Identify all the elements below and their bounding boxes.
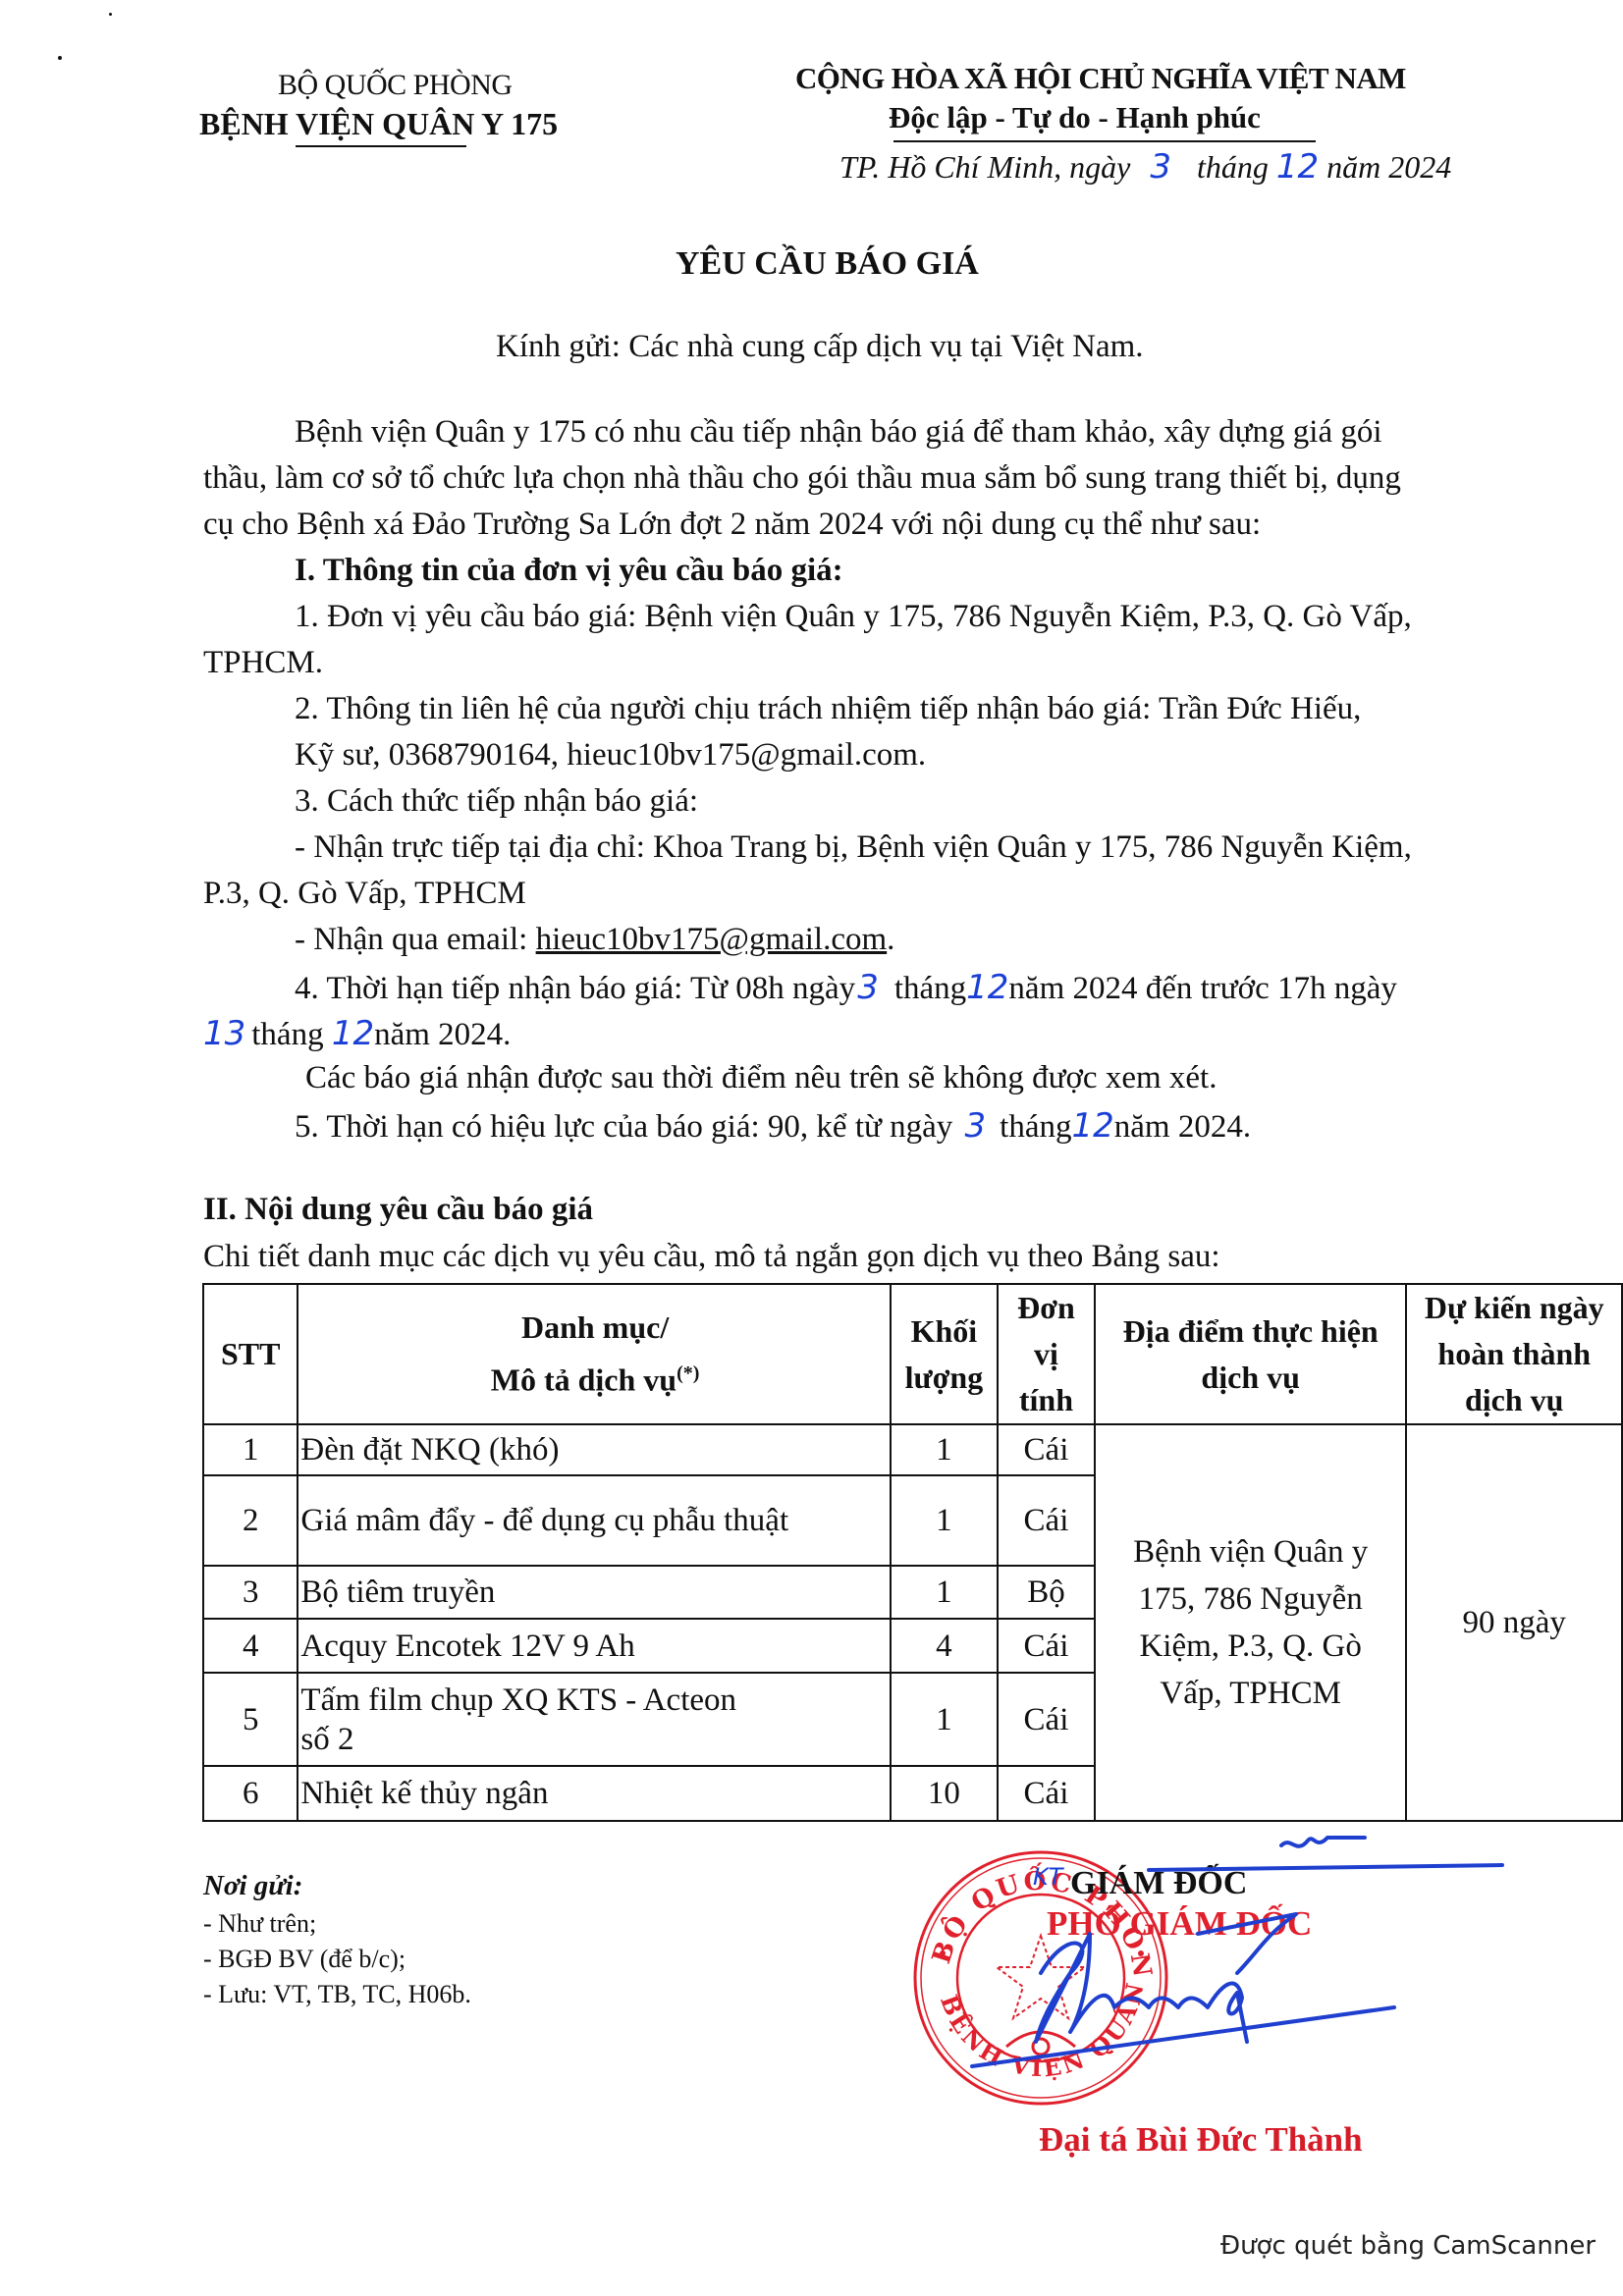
- scan-speck: [109, 13, 112, 16]
- col-header-completion-line1: Dự kiến ngày: [1407, 1285, 1621, 1331]
- cell-unit: Cái: [998, 1424, 1095, 1475]
- intro-line: Bệnh viện Quân y 175 có nhu cầu tiếp nhậ…: [295, 414, 1382, 451]
- cell-quantity: 1: [891, 1475, 998, 1566]
- recipient-item: - Lưu: VT, TB, TC, H06b.: [203, 1980, 471, 2009]
- info-item-3-email: - Nhận qua email: hieuc10bv175@gmail.com…: [295, 922, 894, 958]
- info-item-2-cont: Kỹ sư, 0368790164, hieuc10bv175@gmail.co…: [295, 737, 926, 774]
- table-row: 1 Đèn đặt NKQ (khó) 1 Cái Bệnh viện Quân…: [203, 1424, 1622, 1475]
- col-header-location-line1: Địa điểm thực hiện: [1096, 1308, 1406, 1355]
- cell-quantity: 1: [891, 1673, 998, 1766]
- section2-heading: II. Nội dung yêu cầu báo giá: [203, 1192, 593, 1228]
- cell-description: Acquy Encotek 12V 9 Ah: [298, 1619, 890, 1673]
- cell-stt: 3: [203, 1566, 298, 1619]
- document-title: YÊU CẦU BÁO GIÁ: [676, 245, 979, 283]
- col-header-unit: Đơn vị tính: [998, 1284, 1095, 1424]
- scan-speck: [58, 56, 62, 60]
- deadline-to-month-handwritten: 12: [332, 1014, 374, 1053]
- handwritten-signature-icon: [943, 1826, 1571, 2140]
- cell-description: Giá mâm đẩy - để dụng cụ phẫu thuật: [298, 1475, 890, 1566]
- email-link[interactable]: hieuc10bv175@gmail.com: [536, 922, 888, 957]
- section1-heading: I. Thông tin của đơn vị yêu cầu báo giá:: [295, 553, 843, 589]
- validity-end: năm 2024.: [1114, 1109, 1251, 1145]
- intro-line: thầu, làm cơ sở tổ chức lựa chọn nhà thầ…: [203, 460, 1401, 497]
- deadline-mid: năm 2024 đến trước 17h ngày: [1008, 971, 1397, 1006]
- date-month-label: tháng: [1197, 149, 1269, 185]
- info-item-5: 5. Thời hạn có hiệu lực của báo giá: 90,…: [295, 1106, 1251, 1146]
- col-header-stt: STT: [203, 1284, 298, 1424]
- col-header-description: Danh mục/ Mô tả dịch vụ(*): [298, 1284, 890, 1424]
- table-header-row: STT Danh mục/ Mô tả dịch vụ(*) Khối lượn…: [203, 1284, 1622, 1424]
- recipients-title: Nơi gửi:: [203, 1870, 302, 1902]
- date-year: năm 2024: [1326, 149, 1451, 185]
- country-name: CỘNG HÒA XÃ HỘI CHỦ NGHĨA VIỆT NAM: [795, 61, 1406, 96]
- validity-month-label: tháng: [1000, 1109, 1071, 1145]
- cell-quantity: 1: [891, 1566, 998, 1619]
- info-item-4: 4. Thời hạn tiếp nhận báo giá: Từ 08h ng…: [295, 968, 1397, 1007]
- intro-line: cụ cho Bệnh xá Đảo Trường Sa Lớn đợt 2 n…: [203, 507, 1261, 543]
- cell-description: Nhiệt kế thủy ngân: [298, 1766, 890, 1821]
- cell-stt: 6: [203, 1766, 298, 1821]
- cell-quantity: 1: [891, 1424, 998, 1475]
- info-item-1-cont: TPHCM.: [203, 645, 323, 681]
- motto-underline: [893, 140, 1316, 142]
- footnote-marker: (*): [676, 1362, 699, 1384]
- recipient-item: - Như trên;: [203, 1909, 316, 1939]
- deadline-end: năm 2024.: [374, 1017, 511, 1052]
- deadline-to-day-handwritten: 13: [203, 1014, 245, 1053]
- organization-name: BỆNH VIỆN QUÂN Y 175: [199, 106, 558, 142]
- deadline-from-day-handwritten: 3: [857, 968, 879, 1007]
- col-header-unit-line2: vị: [999, 1331, 1094, 1377]
- cell-description: Bộ tiêm truyền: [298, 1566, 890, 1619]
- cell-stt: 5: [203, 1673, 298, 1766]
- cell-unit: Cái: [998, 1766, 1095, 1821]
- col-header-description-line1: Danh mục/: [300, 1305, 889, 1351]
- info-item-3: 3. Cách thức tiếp nhận báo giá:: [295, 783, 698, 820]
- col-header-unit-line3: tính: [999, 1377, 1094, 1423]
- validity-day-handwritten: 3: [965, 1106, 987, 1146]
- cell-stt: 4: [203, 1619, 298, 1673]
- col-header-description-text: Mô tả dịch vụ: [491, 1362, 676, 1398]
- col-header-location-line2: dịch vụ: [1096, 1355, 1406, 1401]
- cell-stt: 1: [203, 1424, 298, 1475]
- info-item-3-direct-cont: P.3, Q. Gò Vấp, TPHCM: [203, 876, 526, 912]
- cell-unit: Bộ: [998, 1566, 1095, 1619]
- date-place: TP. Hồ Chí Minh, ngày: [839, 149, 1130, 185]
- deadline-from-month-handwritten: 12: [966, 968, 1008, 1007]
- deadline-to-month-label: tháng: [251, 1017, 323, 1052]
- date-day-handwritten: 3: [1150, 147, 1171, 187]
- cell-unit: Cái: [998, 1475, 1095, 1566]
- col-header-unit-line1: Đơn: [999, 1285, 1094, 1331]
- col-header-completion: Dự kiến ngày hoàn thành dịch vụ: [1406, 1284, 1622, 1424]
- signatory-name: Đại tá Bùi Đức Thành: [1039, 2120, 1363, 2160]
- cell-completion: 90 ngày: [1406, 1424, 1622, 1821]
- date-month-handwritten: 12: [1276, 147, 1319, 187]
- deadline-prefix: 4. Thời hạn tiếp nhận báo giá: Từ 08h ng…: [295, 971, 855, 1006]
- organization-underline: [296, 145, 466, 147]
- col-header-completion-line3: dịch vụ: [1407, 1377, 1621, 1423]
- info-item-2: 2. Thông tin liên hệ của người chịu trác…: [295, 691, 1361, 727]
- scanner-watermark: Được quét bằng CamScanner: [1220, 2231, 1596, 2261]
- col-header-quantity-line1: Khối: [892, 1308, 997, 1355]
- document-date: TP. Hồ Chí Minh, ngày 3 tháng 12 năm 202…: [839, 147, 1451, 187]
- validity-month-handwritten: 12: [1071, 1106, 1113, 1146]
- section2-description: Chi tiết danh mục các dịch vụ yêu cầu, m…: [203, 1239, 1220, 1275]
- cell-unit: Cái: [998, 1673, 1095, 1766]
- cell-unit: Cái: [998, 1619, 1095, 1673]
- col-header-completion-line2: hoàn thành: [1407, 1331, 1621, 1377]
- cell-stt: 2: [203, 1475, 298, 1566]
- recipient-item: - BGĐ BV (để b/c);: [203, 1945, 406, 1974]
- quotation-items-table: STT Danh mục/ Mô tả dịch vụ(*) Khối lượn…: [202, 1283, 1623, 1822]
- agency-name: BỘ QUỐC PHÒNG: [278, 69, 513, 102]
- info-item-1: 1. Đơn vị yêu cầu báo giá: Bệnh viện Quâ…: [295, 599, 1412, 635]
- col-header-quantity: Khối lượng: [891, 1284, 998, 1424]
- cell-location: Bệnh viện Quân y 175, 786 Nguyễn Kiệm, P…: [1095, 1424, 1407, 1821]
- national-motto: Độc lập - Tự do - Hạnh phúc: [889, 100, 1261, 135]
- cell-description: Đèn đặt NKQ (khó): [298, 1424, 890, 1475]
- email-prefix: - Nhận qua email:: [295, 922, 536, 957]
- validity-prefix: 5. Thời hạn có hiệu lực của báo giá: 90,…: [295, 1109, 952, 1145]
- info-item-4-cont: 13tháng 12năm 2024.: [203, 1014, 511, 1053]
- email-suffix: .: [887, 922, 894, 957]
- salutation: Kính gửi: Các nhà cung cấp dịch vụ tại V…: [496, 329, 1144, 365]
- deadline-month-label: tháng: [894, 971, 966, 1006]
- col-header-quantity-line2: lượng: [892, 1355, 997, 1401]
- cell-quantity: 4: [891, 1619, 998, 1673]
- col-header-location: Địa điểm thực hiện dịch vụ: [1095, 1284, 1407, 1424]
- info-item-3-direct: - Nhận trực tiếp tại địa chỉ: Khoa Trang…: [295, 829, 1412, 866]
- cell-description: Tấm film chụp XQ KTS - Acteon số 2: [298, 1673, 890, 1766]
- cell-quantity: 10: [891, 1766, 998, 1821]
- deadline-note: Các báo giá nhận được sau thời điểm nêu …: [305, 1060, 1217, 1096]
- col-header-description-line2: Mô tả dịch vụ(*): [300, 1351, 889, 1404]
